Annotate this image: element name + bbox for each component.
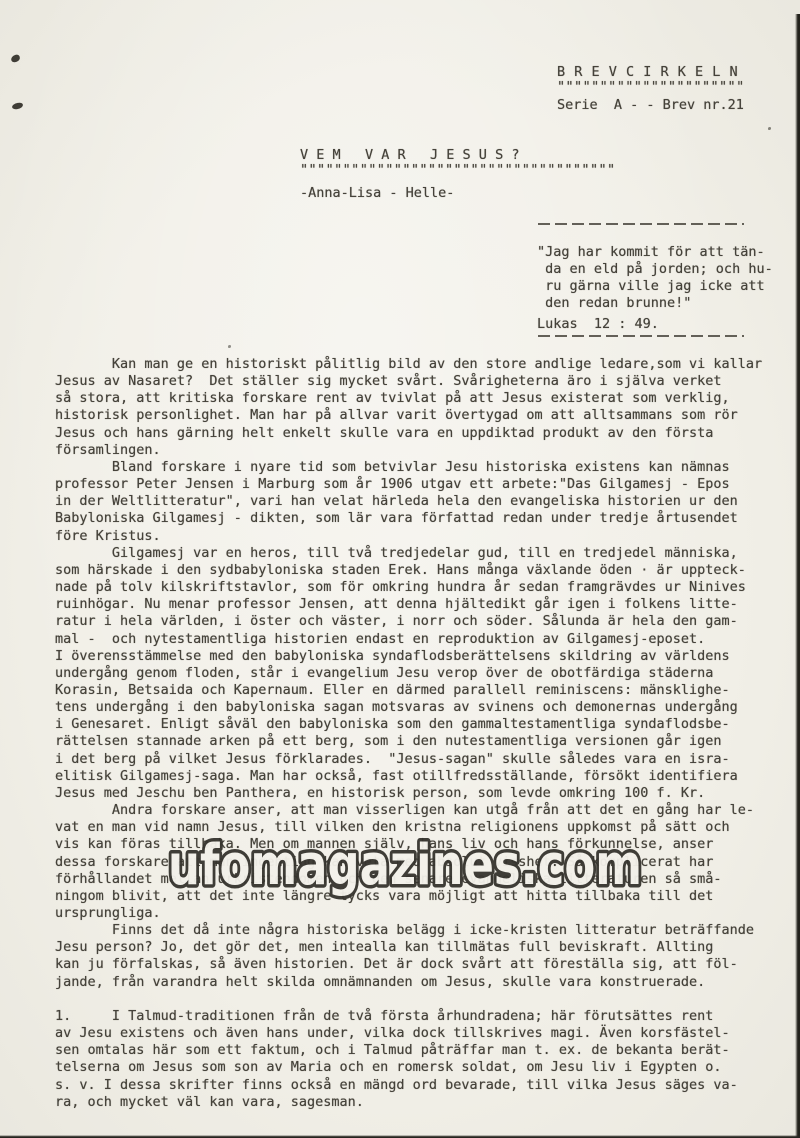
document-title-underline: """"""""""""""""""""""""""""""""""""" [300,165,616,175]
epigraph-source: Lukas 12 : 49. [537,316,659,333]
body-text: Kan man ge en historiskt pålitlig bild a… [55,356,762,1111]
scanned-document-page: B R E V C I R K E L N """"""""""""""""""… [0,0,800,1138]
byline: -Anna-Lisa - Helle- [300,185,454,202]
letterhead-underline: """""""""""""""""""""" [557,82,745,92]
scan-smudge [12,102,24,110]
scan-speck [768,127,771,130]
scan-edge-right [795,14,800,1138]
scan-smudge [10,54,21,63]
letterhead-series: Serie A - - Brev nr.21 [557,97,744,114]
epigraph-top-rule [538,223,744,225]
epigraph-quote: "Jag har kommit för att tän- da en eld p… [537,244,773,313]
epigraph-bottom-rule [538,335,744,337]
scan-speck [228,345,231,348]
